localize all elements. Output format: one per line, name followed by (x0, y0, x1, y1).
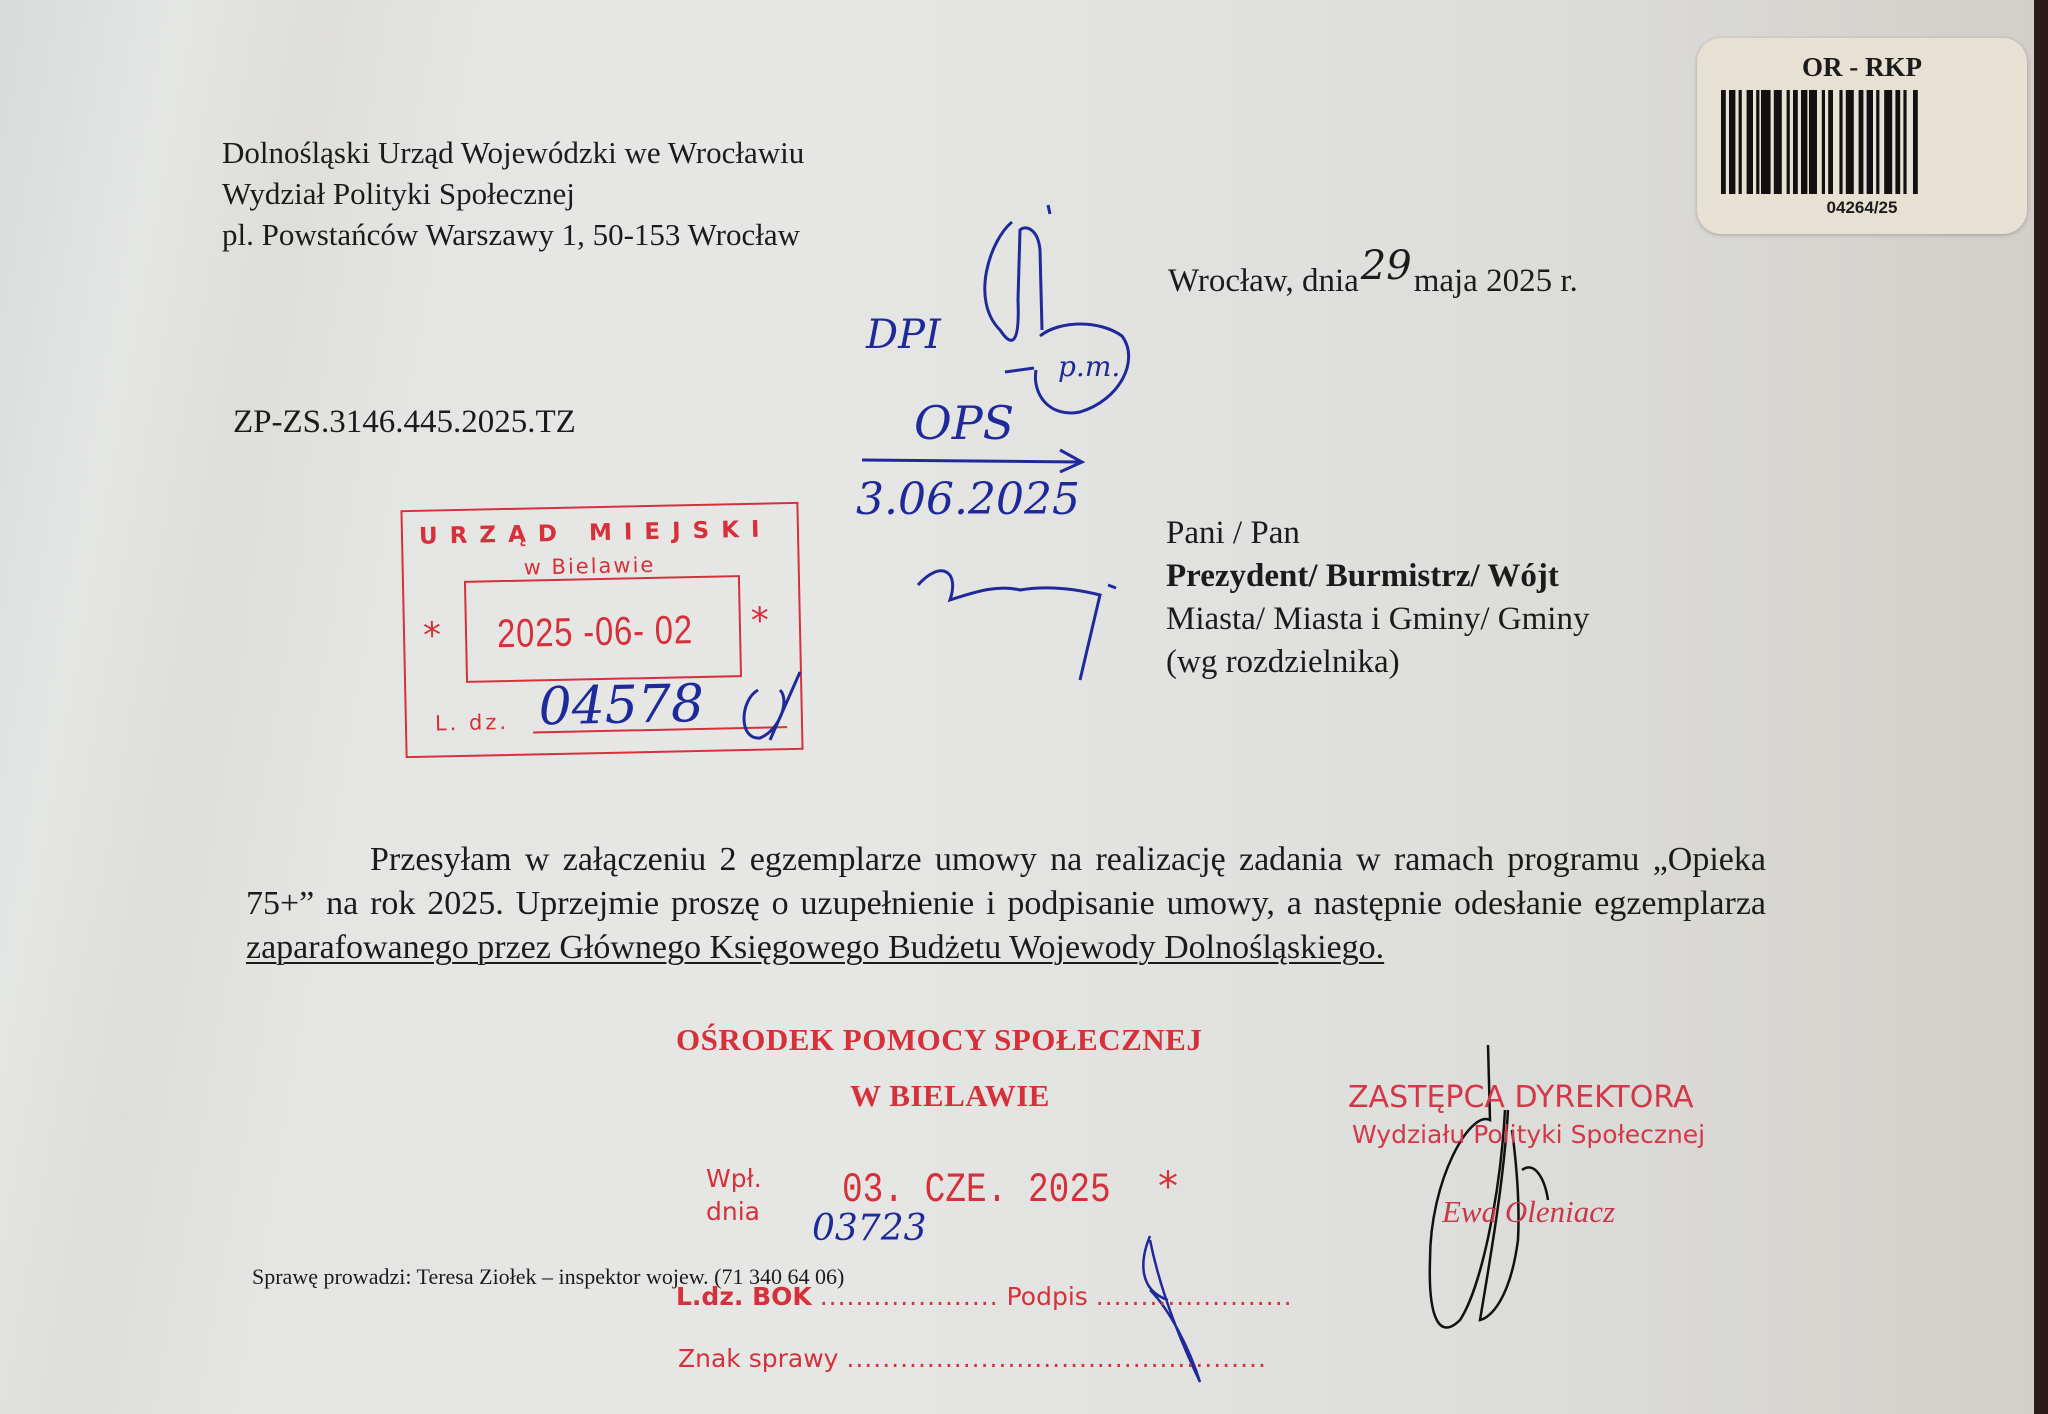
handwritten-forwarded-to: OPS (914, 396, 1014, 450)
city-office-stamp: URZĄD MIEJSKI w Bielawie * 2025 -06- 02 … (400, 502, 803, 758)
handwritten-ldz-number: 04578 (538, 674, 705, 737)
handwritten-routing: DPI (866, 312, 941, 358)
handwritten-initials: p.m. (1058, 350, 1120, 383)
recipient-note: (wg rozdzielnika) (1166, 641, 1589, 684)
signature-label: Podpis (1007, 1282, 1088, 1311)
ops-stamp-line1: OŚRODEK POMOCY SPOŁECZNEJ (676, 1022, 1202, 1058)
case-reference: ZP-ZS.3146.445.2025.TZ (233, 404, 576, 441)
director-department: Wydziału Polityki Społecznej (1352, 1120, 1705, 1149)
stamp-ldz-label: L. dz. (435, 710, 510, 736)
handwritten-date: 3.06.2025 (856, 474, 1080, 525)
director-title: ZASTĘPCA DYREKTORA (1348, 1080, 1694, 1115)
stamp-title: URZĄD MIEJSKI (419, 516, 772, 549)
recipient-title: Prezydent/ Burmistrz/ Wójt (1166, 555, 1589, 598)
signature-dots: ...................... (1096, 1282, 1293, 1311)
letter-date: Wrocław, dnia29maja 2025 r. (1168, 255, 1578, 301)
body-text: Przesyłam w załączeniu 2 egzemplarze umo… (246, 841, 1766, 922)
case-sign-dots: ........................................… (846, 1344, 1267, 1373)
ldz-bok-dots: .................... (820, 1282, 999, 1311)
stamp-date-box: 2025 -06- 02 (464, 575, 742, 683)
stamp-date: 2025 -06- 02 (497, 608, 694, 657)
ops-received-label: Wpł. dnia (706, 1162, 762, 1228)
star-icon: * (1158, 1164, 1178, 1210)
sender-line-street: pl. Powstańców Warszawy 1, 50-153 Wrocła… (222, 214, 804, 255)
ops-received-date: 03. CZE. 2025 (842, 1166, 1111, 1214)
letter-body: Przesyłam w załączeniu 2 egzemplarze umo… (246, 838, 1766, 970)
barcode-title: OR - RKP (1697, 52, 2027, 83)
barcode-number: 04264/25 (1697, 198, 2027, 218)
recipient-salutation: Pani / Pan (1166, 512, 1589, 555)
barcode-label: OR - RKP 04264/25 (1697, 38, 2027, 234)
star-icon: * (423, 615, 442, 656)
received-label-1: Wpł. (706, 1162, 762, 1195)
handwritten-ops-number: 03723 (812, 1208, 927, 1249)
handwritten-day: 29 (1361, 243, 1412, 289)
date-prefix: Wrocław, dnia (1168, 263, 1359, 299)
ops-case-sign-row: Znak sprawy ............................… (678, 1344, 1267, 1373)
sender-line-department: Wydział Polityki Społecznej (222, 173, 804, 214)
recipient-municipality: Miasta/ Miasta i Gminy/ Gminy (1166, 598, 1589, 641)
ldz-bok-label: L.dz. BOK (676, 1282, 812, 1311)
director-name: Ewa Oleniacz (1442, 1194, 1615, 1230)
stamp-subtitle: w Bielawie (523, 553, 655, 580)
ops-stamp-line2: W BIELAWIE (850, 1078, 1050, 1114)
sender-line-office: Dolnośląski Urząd Wojewódzki we Wrocławi… (222, 132, 804, 173)
received-label-2: dnia (706, 1195, 762, 1228)
body-underlined-text: zaparafowanego przez Głównego Księgowego… (246, 929, 1384, 966)
case-sign-label: Znak sprawy (678, 1344, 838, 1373)
date-suffix: maja 2025 r. (1414, 263, 1578, 299)
ops-ldz-bok-row: L.dz. BOK .................... Podpis ..… (676, 1282, 1293, 1311)
star-icon: * (750, 601, 769, 642)
sender-address: Dolnośląski Urząd Wojewódzki we Wrocławi… (222, 132, 804, 255)
barcode-icon (1721, 90, 2009, 194)
recipient-block: Pani / Pan Prezydent/ Burmistrz/ Wójt Mi… (1166, 512, 1589, 684)
